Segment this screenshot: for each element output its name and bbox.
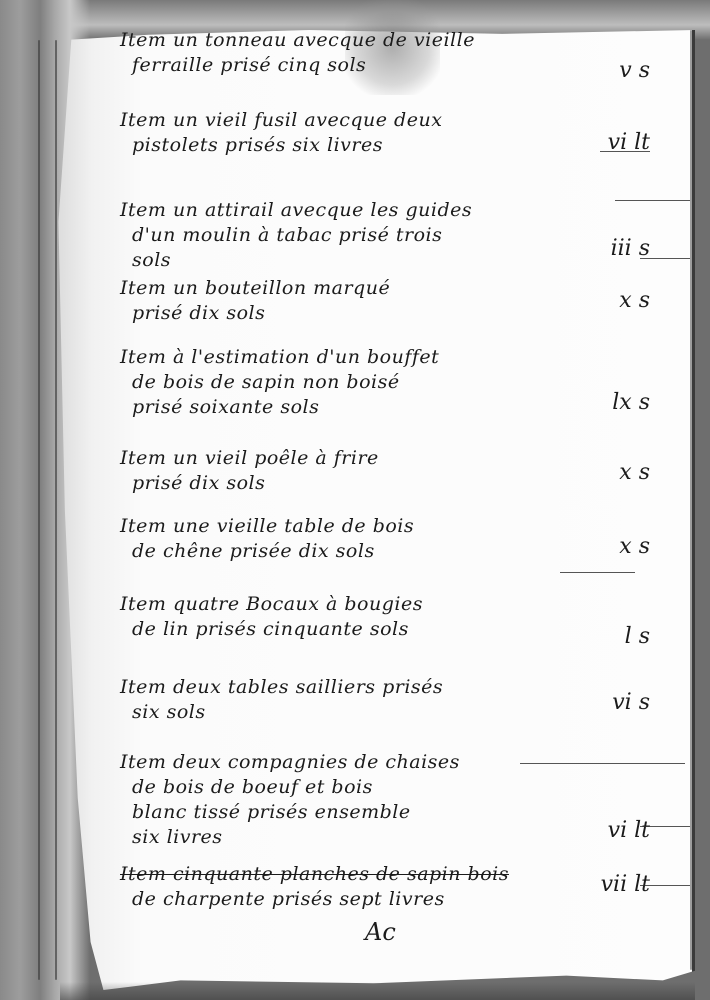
entry-line: Item un attirail avecque les guides bbox=[120, 198, 560, 223]
margin-rule bbox=[520, 763, 685, 764]
entry-line: d'un moulin à tabac prisé trois bbox=[120, 223, 560, 248]
entry-line: Item à l'estimation d'un bouffet bbox=[120, 345, 560, 370]
entry-line: prisé dix sols bbox=[120, 471, 560, 496]
entry-line: sols bbox=[120, 248, 560, 273]
entry-line: de bois de sapin non boisé bbox=[120, 370, 560, 395]
margin-rule bbox=[640, 826, 690, 827]
entry-line: Item un vieil fusil avecque deux bbox=[120, 108, 560, 133]
entry-line: Item deux compagnies de chaises bbox=[120, 750, 560, 775]
page-bottom-shadow bbox=[60, 982, 695, 1000]
inventory-entry: Item un bouteillon marqué prisé dix sols bbox=[120, 276, 560, 326]
entry-amount: l s bbox=[570, 624, 650, 649]
margin-rule bbox=[600, 151, 650, 152]
entry-amount: lx s bbox=[570, 390, 650, 415]
entry-amount: iii s bbox=[570, 236, 650, 261]
entry-amount: v s bbox=[570, 58, 650, 83]
entry-line: Item cinquante planches de sapin bois bbox=[120, 862, 560, 887]
entry-amount: vii lt bbox=[570, 872, 650, 897]
entry-amount: x s bbox=[570, 288, 650, 313]
entry-line: Item un tonneau avecque de vieille bbox=[120, 28, 560, 53]
entry-line: prisé dix sols bbox=[120, 301, 560, 326]
margin-rule bbox=[560, 572, 635, 573]
entry-line: Item une vieille table de bois bbox=[120, 514, 560, 539]
inventory-entry: Item deux compagnies de chaises de bois … bbox=[120, 750, 560, 850]
entry-line: de lin prisés cinquante sols bbox=[120, 617, 560, 642]
entry-line: pistolets prisés six livres bbox=[120, 133, 560, 158]
margin-rule bbox=[615, 200, 690, 201]
inventory-entry: Item un attirail avecque les guides d'un… bbox=[120, 198, 560, 273]
entry-line: Item quatre Bocaux à bougies bbox=[120, 592, 560, 617]
entry-line: six sols bbox=[120, 700, 560, 725]
entry-line: de charpente prisés sept livres bbox=[120, 887, 560, 912]
entry-line: Item un vieil poêle à frire bbox=[120, 446, 560, 471]
right-page-edge bbox=[690, 30, 692, 970]
inventory-entry: Item quatre Bocaux à bougies de lin pris… bbox=[120, 592, 560, 642]
entry-amount: vi lt bbox=[570, 818, 650, 843]
entry-line: de chêne prisée dix sols bbox=[120, 539, 560, 564]
inventory-entry: Item un tonneau avecque de vieille ferra… bbox=[120, 28, 560, 78]
margin-rule bbox=[640, 258, 690, 259]
torn-edge-line bbox=[55, 40, 57, 980]
entry-line: de bois de boeuf et bois bbox=[120, 775, 560, 800]
entry-line: blanc tissé prisés ensemble bbox=[120, 800, 560, 825]
entry-line: prisé soixante sols bbox=[120, 395, 560, 420]
entry-line: Item un bouteillon marqué bbox=[120, 276, 560, 301]
inventory-entry: Item un vieil poêle à frire prisé dix so… bbox=[120, 446, 560, 496]
entry-line: six livres bbox=[120, 825, 560, 850]
entry-amount: x s bbox=[570, 534, 650, 559]
entry-amount: vi s bbox=[570, 690, 650, 715]
margin-rule bbox=[640, 885, 690, 886]
entry-line: ferraille prisé cinq sols bbox=[120, 53, 560, 78]
torn-edge-line bbox=[38, 40, 40, 980]
inventory-entry: Item un vieil fusil avecque deux pistole… bbox=[120, 108, 560, 158]
inventory-entry: Item deux tables sailliers prisés six so… bbox=[120, 675, 560, 725]
inventory-entry: Item à l'estimation d'un bouffet de bois… bbox=[120, 345, 560, 420]
inventory-entry: Item une vieille table de bois de chêne … bbox=[120, 514, 560, 564]
entry-line: Item deux tables sailliers prisés bbox=[120, 675, 560, 700]
entry-amount: x s bbox=[570, 460, 650, 485]
inventory-entry: Item cinquante planches de sapin bois de… bbox=[120, 862, 560, 912]
signature-mark: Ac bbox=[365, 918, 396, 946]
